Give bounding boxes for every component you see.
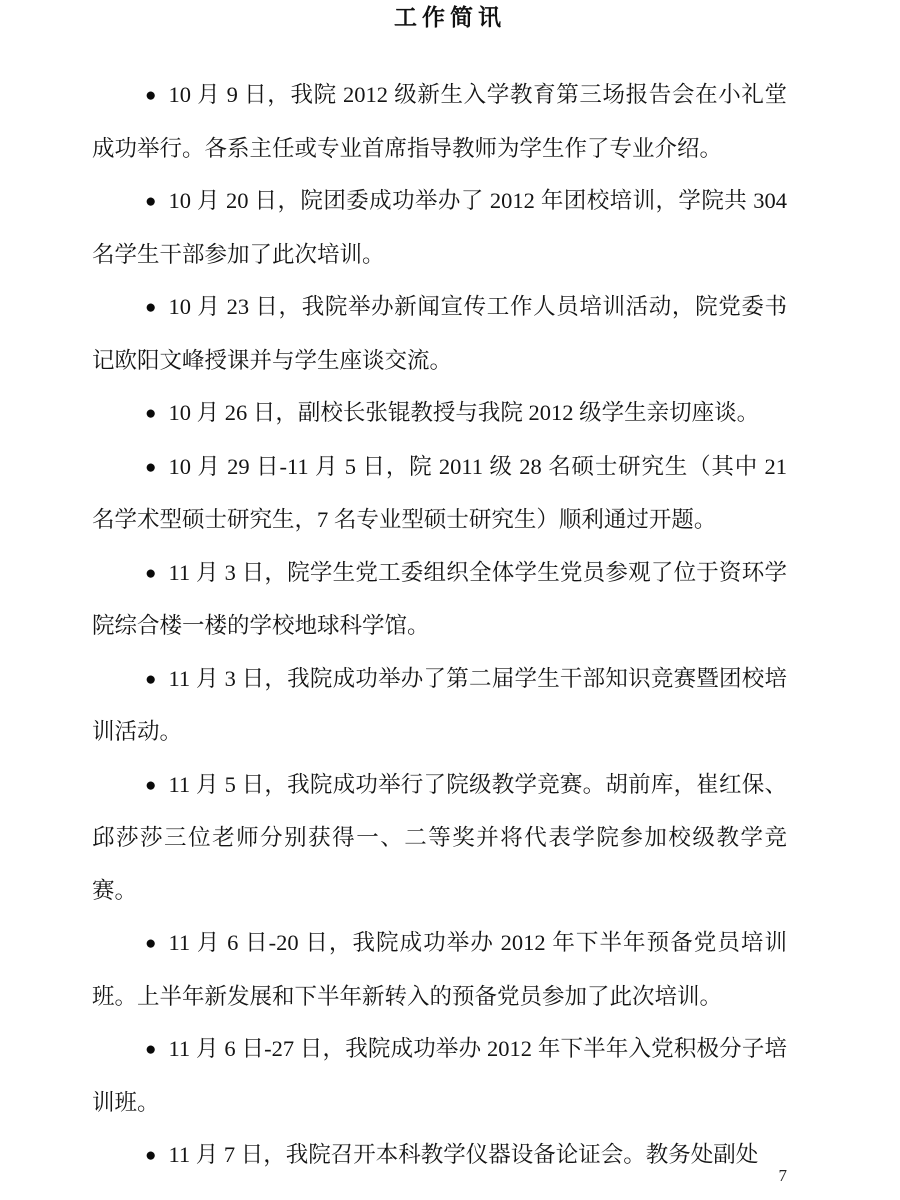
bulletin-text: 11 月 3 日，我院成功举办了第二届学生干部知识竞赛暨团校培训活动。 — [92, 666, 787, 745]
bulletin-text: 11 月 6 日-20 日，我院成功举办 2012 年下半年预备党员培训班。上半… — [92, 930, 787, 1009]
bulletin-item: ●10 月 29 日-11 月 5 日，院 2011 级 28 名硕士研究生（其… — [92, 441, 787, 547]
bulletin-item: ●11 月 3 日，我院成功举办了第二届学生干部知识竞赛暨团校培训活动。 — [92, 653, 787, 759]
bulletin-item: ●10 月 23 日，我院举办新闻宣传工作人员培训活动，院党委书记欧阳文峰授课并… — [92, 281, 787, 387]
bullet-icon: ● — [145, 70, 156, 123]
bullet-icon: ● — [145, 760, 156, 813]
bullet-icon: ● — [145, 918, 156, 971]
bulletin-item: ●11 月 5 日，我院成功举行了院级教学竞赛。胡前库，崔红保、邱莎莎三位老师分… — [92, 759, 787, 918]
bulletin-text: 10 月 9 日，我院 2012 级新生入学教育第三场报告会在小礼堂成功举行。各… — [92, 82, 787, 161]
bullet-icon: ● — [145, 548, 156, 601]
document-page: 工作简讯 ●10 月 9 日，我院 2012 级新生入学教育第三场报告会在小礼堂… — [0, 0, 900, 1200]
bulletin-item: ●11 月 3 日，院学生党工委组织全体学生党员参观了位于资环学院综合楼一楼的学… — [92, 547, 787, 653]
bulletin-text: 10 月 23 日，我院举办新闻宣传工作人员培训活动，院党委书记欧阳文峰授课并与… — [92, 294, 787, 373]
bulletin-text: 10 月 20 日，院团委成功举办了 2012 年团校培训，学院共 304 名学… — [92, 188, 787, 267]
bulletin-text: 11 月 6 日-27 日，我院成功举办 2012 年下半年入党积极分子培训班。 — [92, 1036, 787, 1115]
bullet-icon: ● — [145, 388, 156, 441]
bulletin-text: 11 月 5 日，我院成功举行了院级教学竞赛。胡前库，崔红保、邱莎莎三位老师分别… — [92, 772, 787, 903]
bullet-icon: ● — [145, 442, 156, 495]
bulletin-item: ●10 月 26 日，副校长张锟教授与我院 2012 级学生亲切座谈。 — [92, 387, 787, 441]
bullet-icon: ● — [145, 654, 156, 707]
page-number: 7 — [92, 1163, 787, 1189]
bulletin-text: 11 月 3 日，院学生党工委组织全体学生党员参观了位于资环学院综合楼一楼的学校… — [92, 560, 787, 639]
bulletin-text: 10 月 29 日-11 月 5 日，院 2011 级 28 名硕士研究生（其中… — [92, 454, 787, 533]
bulletin-list: ●10 月 9 日，我院 2012 级新生入学教育第三场报告会在小礼堂成功举行。… — [92, 69, 787, 1183]
bullet-icon: ● — [145, 176, 156, 229]
page-title: 工作简讯 — [0, 3, 900, 31]
bulletin-item: ●10 月 9 日，我院 2012 级新生入学教育第三场报告会在小礼堂成功举行。… — [92, 69, 787, 175]
bullet-icon: ● — [145, 282, 156, 335]
bulletin-item: ●11 月 6 日-20 日，我院成功举办 2012 年下半年预备党员培训班。上… — [92, 917, 787, 1023]
bulletin-text: 10 月 26 日，副校长张锟教授与我院 2012 级学生亲切座谈。 — [168, 400, 759, 425]
bulletin-item: ●10 月 20 日，院团委成功举办了 2012 年团校培训，学院共 304 名… — [92, 175, 787, 281]
bulletin-item: ●11 月 6 日-27 日，我院成功举办 2012 年下半年入党积极分子培训班… — [92, 1023, 787, 1129]
bullet-icon: ● — [145, 1024, 156, 1077]
